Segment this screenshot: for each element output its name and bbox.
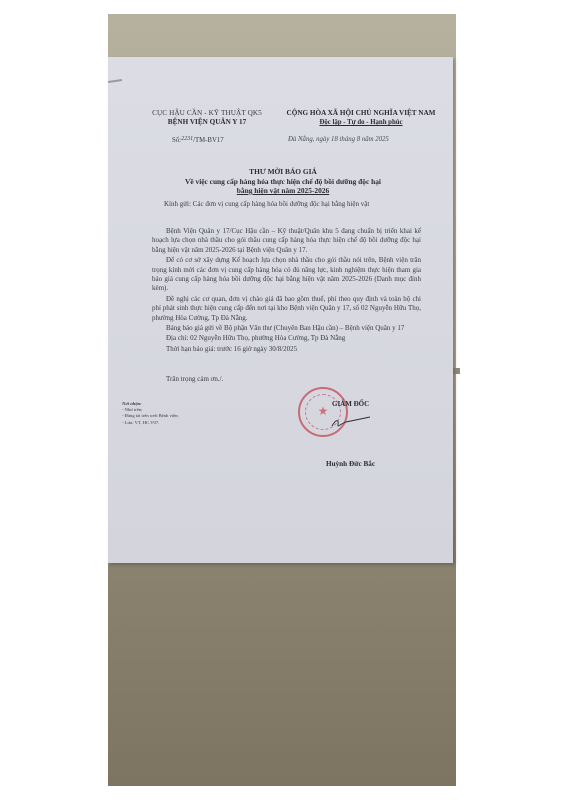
body-paragraph: Địa chỉ: 02 Nguyễn Hữu Thọ, phường Hòa C… [152, 334, 421, 343]
signer-title: GIÁM ĐỐC [332, 400, 369, 408]
document-number: Số:2231/TM-BV17 [172, 136, 224, 144]
staple-mark [108, 79, 122, 83]
addressee: Kính gửi: Các đơn vị cung cấp hàng hóa b… [164, 200, 369, 208]
country-line: CỘNG HÒA XÃ HỘI CHỦ NGHĨA VIỆT NAM [276, 109, 446, 118]
national-header: CỘNG HÒA XÃ HỘI CHỦ NGHĨA VIỆT NAM Độc l… [276, 109, 446, 127]
issuer-line2: BỆNH VIỆN QUÂN Y 17 [142, 118, 272, 127]
place-date: Đà Nẵng, ngày 18 tháng 8 năm 2025 [288, 136, 389, 143]
recipient-item: - Lưu: VT, HC.V07. [122, 420, 179, 426]
official-seal-icon: ★ [298, 387, 348, 437]
document-paper: CỤC HẬU CẦN - KỸ THUẬT QK5 BỆNH VIỆN QUÂ… [108, 57, 453, 563]
body-paragraph: Để có cơ sở xây dựng Kế hoạch lựa chọn n… [152, 256, 421, 294]
body-paragraph: Bảng báo giá gửi về Bộ phận Văn thư (Chu… [152, 324, 421, 333]
recipients: Nơi nhận: - Như trên; - Đăng tải trên we… [122, 401, 179, 426]
signer-name: Huỳnh Đức Bắc [326, 460, 375, 468]
doc-number-handwritten: 2231 [181, 136, 193, 142]
doc-number-suffix: /TM-BV17 [193, 137, 224, 144]
subject-line1: Về việc cung cấp hàng hóa thực hiện chế … [148, 177, 418, 187]
recipient-item: - Đăng tải trên web Bệnh viện; [122, 413, 179, 419]
document-title: THƯ MỜI BÁO GIÁ [148, 167, 418, 177]
subject-line2: bằng hiện vật năm 2025-2026 [148, 186, 418, 196]
document-body: Bệnh Viện Quân y 17/Cục Hậu cần – Kỹ thu… [152, 227, 421, 355]
title-block: THƯ MỜI BÁO GIÁ Về việc cung cấp hàng hó… [148, 167, 418, 196]
closing: Trân trọng cảm ơn./. [166, 375, 223, 383]
motto: Độc lập - Tự do - Hạnh phúc [276, 118, 446, 127]
issuer-header: CỤC HẬU CẦN - KỸ THUẬT QK5 BỆNH VIỆN QUÂ… [142, 109, 272, 127]
signature-icon [330, 415, 372, 429]
background-mark [452, 368, 460, 374]
body-paragraph: Bệnh Viện Quân y 17/Cục Hậu cần – Kỹ thu… [152, 227, 421, 255]
issuer-line1: CỤC HẬU CẦN - KỸ THUẬT QK5 [142, 109, 272, 118]
body-paragraph: Đề nghị các cơ quan, đơn vị chào giá đã … [152, 295, 421, 323]
body-paragraph: Thời hạn báo giá: trước 16 giờ ngày 30/8… [152, 345, 421, 354]
doc-number-prefix: Số: [172, 137, 181, 144]
